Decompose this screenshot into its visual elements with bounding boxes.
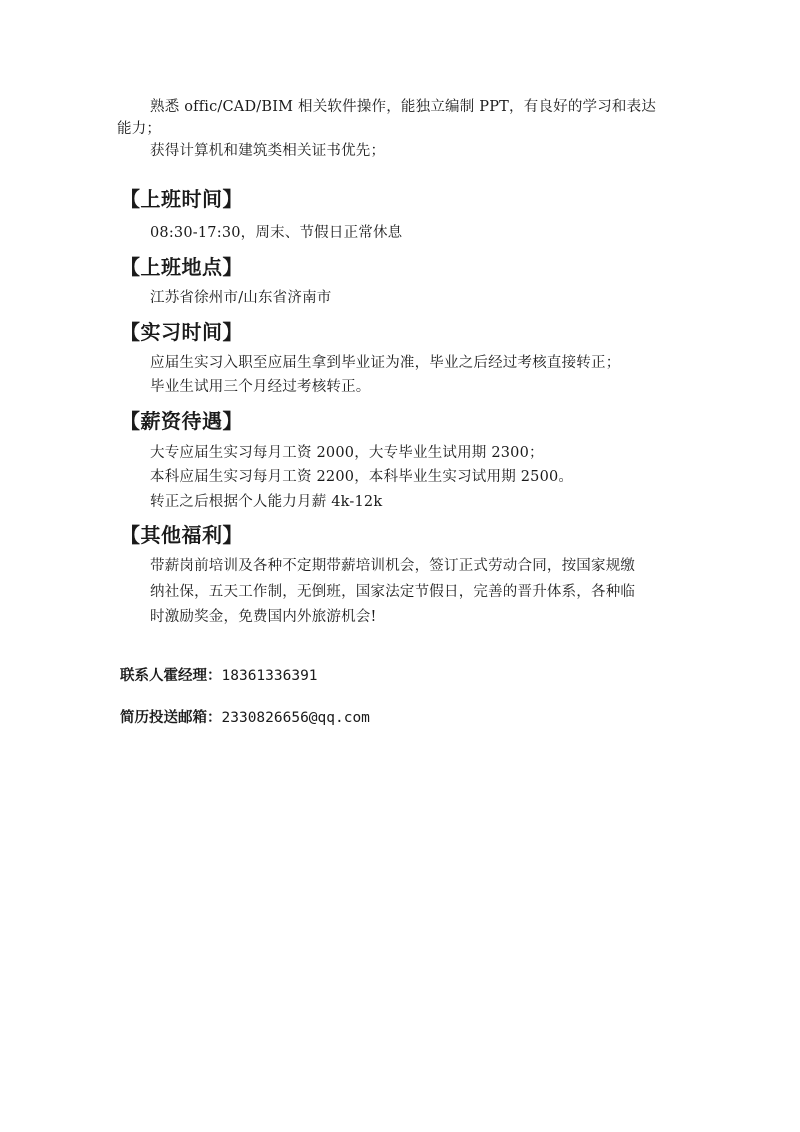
document-page: 熟悉 offic/CAD/BIM 相关软件操作，能独立编制 PPT，有良好的学习… [0,0,800,1132]
requirement-line: 获得计算机和建筑类相关证书优先； [150,141,385,161]
contact-person-label: 联系人霍经理： [120,668,222,684]
section-line: 大专应届生实习每月工资 2000，大专毕业生试用期 2300； [150,443,544,463]
section-line: 江苏省徐州市/山东省济南市 [150,288,331,308]
section-line: 08:30-17:30，周末、节假日正常休息 [150,223,402,243]
contact-phone: 18361336391 [222,668,318,684]
requirement-line: 熟悉 offic/CAD/BIM 相关软件操作，能独立编制 PPT，有良好的学习… [150,97,656,117]
section-line: 应届生实习入职至应届生拿到毕业证为准，毕业之后经过考核直接转正； [150,353,620,373]
section-line: 毕业生试用三个月经过考核转正。 [150,377,371,397]
requirement-line-wrap: 能力； [117,119,161,139]
section-line: 转正之后根据个人能力月薪 4k-12k [150,492,382,512]
section-heading-other-benefits: 【其他福利】 [120,522,243,548]
section-heading-salary: 【薪资待遇】 [120,408,243,434]
section-heading-work-location: 【上班地点】 [120,254,243,280]
contact-person: 联系人霍经理：18361336391 [120,666,318,686]
section-line: 时激励奖金，免费国内外旅游机会! [150,607,377,627]
contact-email: 简历投送邮箱：2330826656@qq.com [120,708,370,728]
section-heading-work-hours: 【上班时间】 [120,186,243,212]
section-line: 带薪岗前培训及各种不定期带薪培训机会，签订正式劳动合同，按国家规缴 [150,556,635,576]
section-line: 纳社保，五天工作制，无倒班，国家法定节假日，完善的晋升体系，各种临 [150,582,635,602]
section-heading-internship-period: 【实习时间】 [120,319,243,345]
section-line: 本科应届生实习每月工资 2200，本科毕业生实习试用期 2500。 [150,467,573,487]
contact-email-value: 2330826656@qq.com [222,710,370,726]
contact-email-label: 简历投送邮箱： [120,710,222,726]
